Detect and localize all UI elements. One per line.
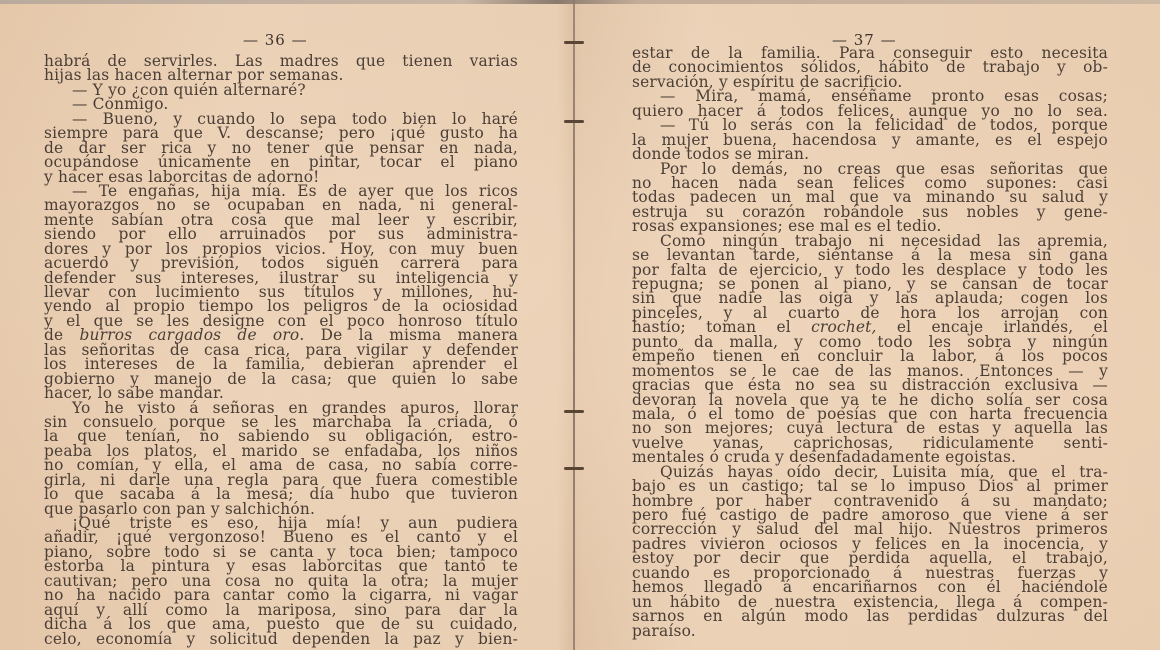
right-page: — 37 — estar de la familia. Para consegu…	[576, 0, 1160, 650]
text-line: celo, economía y solicitud dependen la p…	[44, 632, 518, 646]
page-number: — 36 —	[243, 31, 308, 49]
text-line: paraíso.	[632, 624, 1108, 638]
text-line: sarnos en algún modo las perdidas dulzur…	[632, 609, 1108, 623]
left-page: — 36 — habrá de servirles. Las madres qu…	[0, 0, 574, 650]
page-body: estar de la familia. Para conseguir esto…	[632, 46, 1108, 638]
page-body: habrá de servirles. Las madres que tiene…	[44, 54, 518, 646]
book-spread: — 36 — habrá de servirles. Las madres qu…	[0, 0, 1160, 650]
book-gutter	[573, 0, 575, 650]
